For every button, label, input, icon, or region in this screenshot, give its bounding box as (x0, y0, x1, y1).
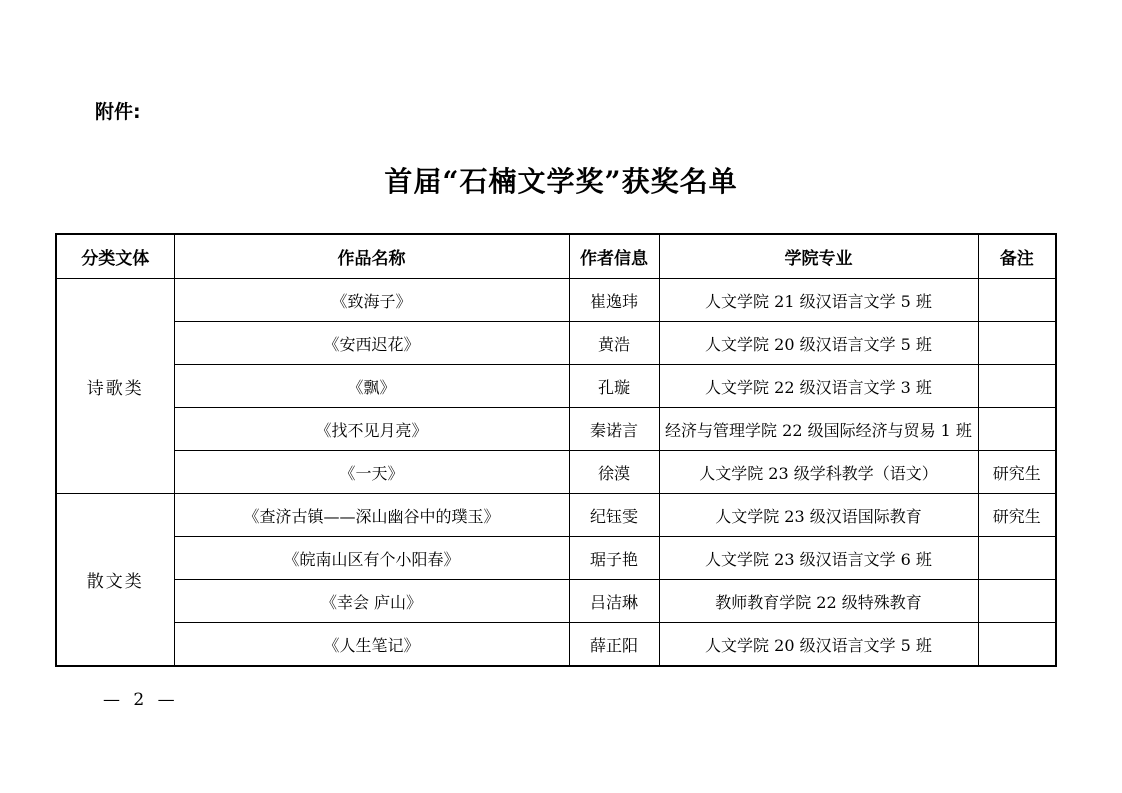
major-cell: 经济与管理学院 22 级国际经济与贸易 1 班 (659, 408, 978, 451)
note-cell (978, 408, 1056, 451)
major-cell: 人文学院 20 级汉语言文学 5 班 (659, 623, 978, 667)
author-cell: 黄浩 (569, 322, 659, 365)
document-page: 附件: 首届“石楠文学奖”获奖名单 分类文体 作品名称 作者信息 学院专业 备注… (0, 0, 1122, 793)
work-title-cell: 《皖南山区有个小阳春》 (174, 537, 569, 580)
table-row: 诗歌类《致海子》崔逸玮人文学院 21 级汉语言文学 5 班 (56, 279, 1056, 322)
major-cell: 教师教育学院 22 级特殊教育 (659, 580, 978, 623)
author-cell: 徐漠 (569, 451, 659, 494)
work-title-cell: 《查济古镇——深山幽谷中的璞玉》 (174, 494, 569, 537)
header-author-info: 作者信息 (569, 234, 659, 279)
work-title-cell: 《人生笔记》 (174, 623, 569, 667)
author-cell: 吕洁琳 (569, 580, 659, 623)
author-cell: 崔逸玮 (569, 279, 659, 322)
work-title-cell: 《致海子》 (174, 279, 569, 322)
author-cell: 薛正阳 (569, 623, 659, 667)
work-title-cell: 《找不见月亮》 (174, 408, 569, 451)
table-row: 《安西迟花》黄浩人文学院 20 级汉语言文学 5 班 (56, 322, 1056, 365)
category-cell: 诗歌类 (56, 279, 174, 494)
major-cell: 人文学院 23 级学科教学（语文） (659, 451, 978, 494)
table-row: 《找不见月亮》秦诺言经济与管理学院 22 级国际经济与贸易 1 班 (56, 408, 1056, 451)
major-cell: 人文学院 20 级汉语言文学 5 班 (659, 322, 978, 365)
header-category: 分类文体 (56, 234, 174, 279)
page-number: — 2 — (103, 690, 179, 710)
work-title-cell: 《安西迟花》 (174, 322, 569, 365)
table-header-row: 分类文体 作品名称 作者信息 学院专业 备注 (56, 234, 1056, 279)
author-cell: 琚子艳 (569, 537, 659, 580)
author-cell: 纪钰雯 (569, 494, 659, 537)
header-work-title: 作品名称 (174, 234, 569, 279)
major-cell: 人文学院 21 级汉语言文学 5 班 (659, 279, 978, 322)
table-body: 诗歌类《致海子》崔逸玮人文学院 21 级汉语言文学 5 班《安西迟花》黄浩人文学… (56, 279, 1056, 667)
author-cell: 秦诺言 (569, 408, 659, 451)
note-cell: 研究生 (978, 494, 1056, 537)
category-cell: 散文类 (56, 494, 174, 667)
attachment-label: 附件: (95, 97, 141, 124)
work-title-cell: 《一天》 (174, 451, 569, 494)
page-title: 首届“石楠文学奖”获奖名单 (0, 160, 1122, 200)
header-major: 学院专业 (659, 234, 978, 279)
note-cell (978, 322, 1056, 365)
work-title-cell: 《飘》 (174, 365, 569, 408)
note-cell (978, 279, 1056, 322)
note-cell (978, 537, 1056, 580)
note-cell: 研究生 (978, 451, 1056, 494)
table-row: 《皖南山区有个小阳春》琚子艳人文学院 23 级汉语言文学 6 班 (56, 537, 1056, 580)
award-table: 分类文体 作品名称 作者信息 学院专业 备注 诗歌类《致海子》崔逸玮人文学院 2… (55, 233, 1057, 667)
table-row: 散文类《查济古镇——深山幽谷中的璞玉》纪钰雯人文学院 23 级汉语国际教育研究生 (56, 494, 1056, 537)
header-note: 备注 (978, 234, 1056, 279)
table-row: 《飘》孔璇人文学院 22 级汉语言文学 3 班 (56, 365, 1056, 408)
note-cell (978, 580, 1056, 623)
major-cell: 人文学院 22 级汉语言文学 3 班 (659, 365, 978, 408)
table-row: 《一天》徐漠人文学院 23 级学科教学（语文）研究生 (56, 451, 1056, 494)
table-row: 《幸会 庐山》吕洁琳教师教育学院 22 级特殊教育 (56, 580, 1056, 623)
major-cell: 人文学院 23 级汉语国际教育 (659, 494, 978, 537)
note-cell (978, 365, 1056, 408)
major-cell: 人文学院 23 级汉语言文学 6 班 (659, 537, 978, 580)
work-title-cell: 《幸会 庐山》 (174, 580, 569, 623)
table-row: 《人生笔记》薛正阳人文学院 20 级汉语言文学 5 班 (56, 623, 1056, 667)
author-cell: 孔璇 (569, 365, 659, 408)
note-cell (978, 623, 1056, 667)
